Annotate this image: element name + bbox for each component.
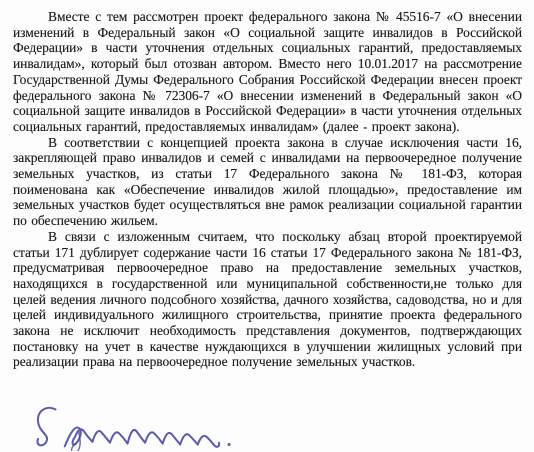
paragraph-2: В соответствии с концепцией проекта зако… [13,135,522,229]
signature [18,403,250,451]
signature-initial-stroke [37,408,55,446]
document-page: Вместе с тем рассмотрен проект федеральн… [0,0,534,452]
signature-word-stroke [65,428,219,447]
paragraph-1: Вместе с тем рассмотрен проект федеральн… [13,9,522,135]
signature-handwriting-icon [18,403,250,451]
paragraph-3: В связи с изложенным считаем, что поскол… [13,229,522,370]
signature-period [228,443,231,446]
